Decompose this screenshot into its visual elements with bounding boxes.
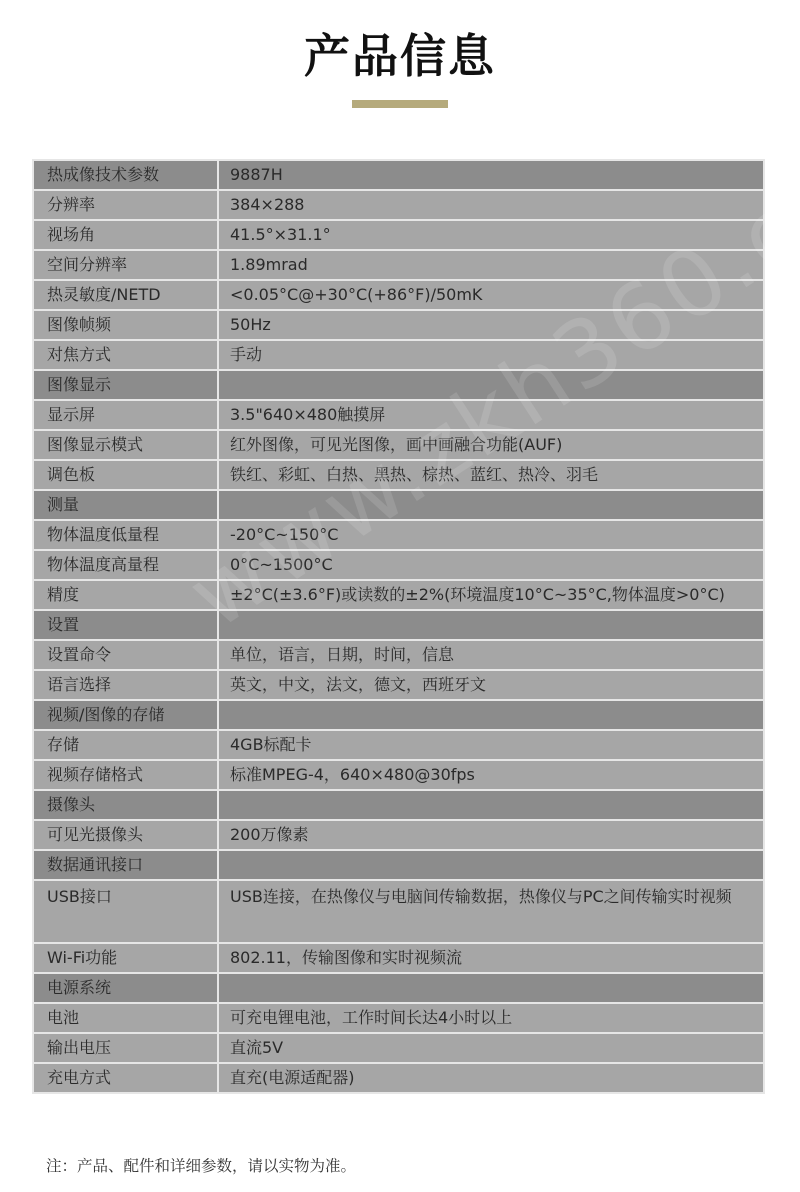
spec-key: 输出电压 [33, 1033, 218, 1063]
spec-key: 视频存储格式 [33, 760, 218, 790]
table-row: USB接口USB连接，在热像仪与电脑间传输数据，热像仪与PC之间传输实时视频 [33, 880, 764, 943]
table-row: 调色板铁红、彩虹、白热、黑热、棕热、蓝红、热冷、羽毛 [33, 460, 764, 490]
spec-value [218, 610, 764, 640]
spec-value [218, 973, 764, 1003]
spec-key: 物体温度低量程 [33, 520, 218, 550]
spec-key: 对焦方式 [33, 340, 218, 370]
table-row: 语言选择英文，中文，法文，德文，西班牙文 [33, 670, 764, 700]
spec-key: 摄像头 [33, 790, 218, 820]
table-row: 分辨率384×288 [33, 190, 764, 220]
spec-value: 红外图像，可见光图像，画中画融合功能(AUF) [218, 430, 764, 460]
table-row: 充电方式直充(电源适配器) [33, 1063, 764, 1093]
spec-key: 热灵敏度/NETD [33, 280, 218, 310]
table-section-row: 数据通讯接口 [33, 850, 764, 880]
spec-value: 单位，语言，日期，时间，信息 [218, 640, 764, 670]
table-row: 存储4GB标配卡 [33, 730, 764, 760]
spec-key: 数据通讯接口 [33, 850, 218, 880]
spec-value: 直流5V [218, 1033, 764, 1063]
spec-value: 9887H [218, 160, 764, 190]
spec-key: 调色板 [33, 460, 218, 490]
spec-value: 可充电锂电池，工作时间长达4小时以上 [218, 1003, 764, 1033]
spec-key: 精度 [33, 580, 218, 610]
title-underline [352, 100, 448, 108]
spec-value: 4GB标配卡 [218, 730, 764, 760]
table-section-row: 图像显示 [33, 370, 764, 400]
table-section-row: 摄像头 [33, 790, 764, 820]
table-row: 精度±2°C(±3.6°F)或读数的±2%(环境温度10°C~35°C,物体温度… [33, 580, 764, 610]
table-row: 电池可充电锂电池，工作时间长达4小时以上 [33, 1003, 764, 1033]
spec-value: 41.5°×31.1° [218, 220, 764, 250]
spec-key: 存储 [33, 730, 218, 760]
spec-key: 物体温度高量程 [33, 550, 218, 580]
table-row: 视场角41.5°×31.1° [33, 220, 764, 250]
spec-key: 显示屏 [33, 400, 218, 430]
table-section-row: 设置 [33, 610, 764, 640]
spec-key: 语言选择 [33, 670, 218, 700]
spec-value [218, 850, 764, 880]
table-row: 对焦方式手动 [33, 340, 764, 370]
table-row: 热灵敏度/NETD<0.05°C@+30°C(+86°F)/50mK [33, 280, 764, 310]
spec-key: 视频/图像的存储 [33, 700, 218, 730]
table-row: Wi-Fi功能802.11，传输图像和实时视频流 [33, 943, 764, 973]
spec-value: ±2°C(±3.6°F)或读数的±2%(环境温度10°C~35°C,物体温度>0… [218, 580, 764, 610]
spec-key: 图像显示模式 [33, 430, 218, 460]
footer-note: 注：产品、配件和详细参数，请以实物为准。 [46, 1152, 356, 1180]
table-row: 空间分辨率1.89mrad [33, 250, 764, 280]
spec-value [218, 790, 764, 820]
spec-value: 1.89mrad [218, 250, 764, 280]
spec-value: 384×288 [218, 190, 764, 220]
table-section-row: 视频/图像的存储 [33, 700, 764, 730]
spec-value: 0°C~1500°C [218, 550, 764, 580]
spec-key: USB接口 [33, 880, 218, 943]
spec-value: 铁红、彩虹、白热、黑热、棕热、蓝红、热冷、羽毛 [218, 460, 764, 490]
spec-key: 设置命令 [33, 640, 218, 670]
table-row: 视频存储格式标准MPEG-4，640×480@30fps [33, 760, 764, 790]
table-row: 可见光摄像头200万像素 [33, 820, 764, 850]
spec-value: 直充(电源适配器) [218, 1063, 764, 1093]
spec-value: 200万像素 [218, 820, 764, 850]
spec-value [218, 370, 764, 400]
spec-key: 设置 [33, 610, 218, 640]
table-row: 显示屏3.5"640×480触摸屏 [33, 400, 764, 430]
table-row: 设置命令单位，语言，日期，时间，信息 [33, 640, 764, 670]
spec-value [218, 490, 764, 520]
spec-value: <0.05°C@+30°C(+86°F)/50mK [218, 280, 764, 310]
spec-key: 分辨率 [33, 190, 218, 220]
table-section-row: 电源系统 [33, 973, 764, 1003]
spec-value: 标准MPEG-4，640×480@30fps [218, 760, 764, 790]
spec-value: 50Hz [218, 310, 764, 340]
table-row: 图像显示模式红外图像，可见光图像，画中画融合功能(AUF) [33, 430, 764, 460]
spec-value: 3.5"640×480触摸屏 [218, 400, 764, 430]
table-section-row: 热成像技术参数9887H [33, 160, 764, 190]
spec-key: 空间分辨率 [33, 250, 218, 280]
table-section-row: 测量 [33, 490, 764, 520]
spec-key: 可见光摄像头 [33, 820, 218, 850]
spec-value: 英文，中文，法文，德文，西班牙文 [218, 670, 764, 700]
spec-table-body: 热成像技术参数9887H分辨率384×288视场角41.5°×31.1°空间分辨… [33, 160, 764, 1093]
table-row: 图像帧频50Hz [33, 310, 764, 340]
spec-key: 电源系统 [33, 973, 218, 1003]
spec-key: 视场角 [33, 220, 218, 250]
spec-key: 电池 [33, 1003, 218, 1033]
spec-value: USB连接，在热像仪与电脑间传输数据，热像仪与PC之间传输实时视频 [218, 880, 764, 943]
table-row: 输出电压直流5V [33, 1033, 764, 1063]
spec-table: 热成像技术参数9887H分辨率384×288视场角41.5°×31.1°空间分辨… [32, 159, 765, 1094]
page-title: 产品信息 [0, 26, 800, 86]
spec-value [218, 700, 764, 730]
spec-value: 802.11，传输图像和实时视频流 [218, 943, 764, 973]
spec-key: 充电方式 [33, 1063, 218, 1093]
spec-key: 测量 [33, 490, 218, 520]
table-row: 物体温度高量程0°C~1500°C [33, 550, 764, 580]
spec-key: 图像帧频 [33, 310, 218, 340]
spec-key: Wi-Fi功能 [33, 943, 218, 973]
table-row: 物体温度低量程-20°C~150°C [33, 520, 764, 550]
spec-value: 手动 [218, 340, 764, 370]
spec-value: -20°C~150°C [218, 520, 764, 550]
spec-key: 热成像技术参数 [33, 160, 218, 190]
spec-key: 图像显示 [33, 370, 218, 400]
